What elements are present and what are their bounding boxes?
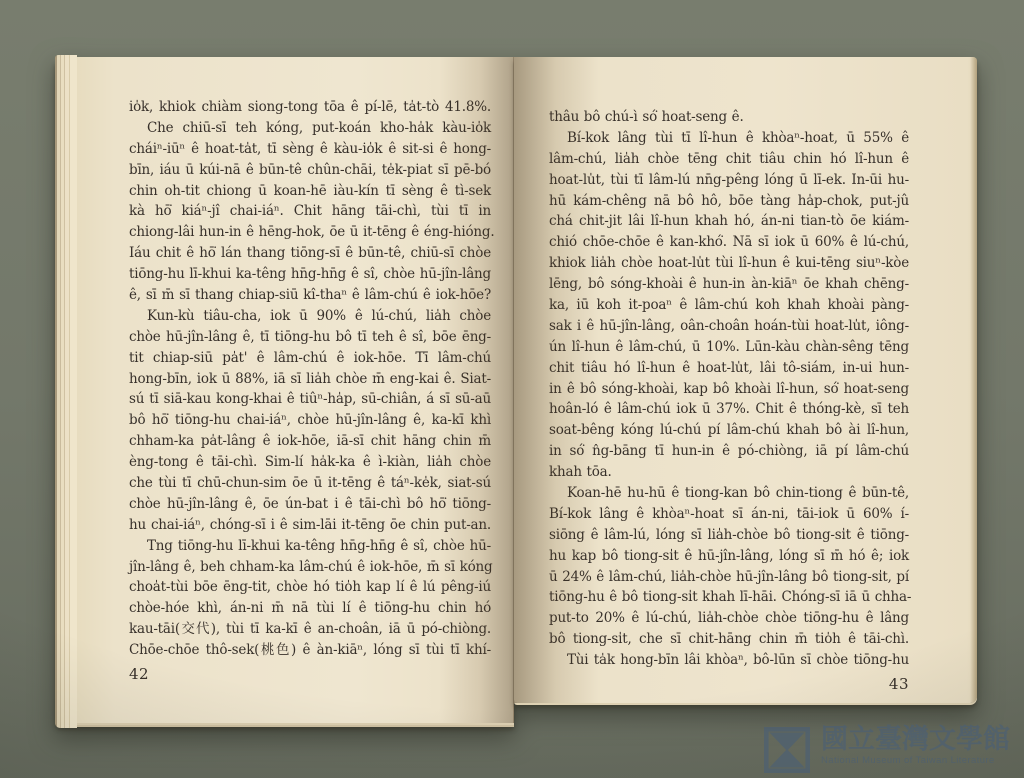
- page-right-text: thâu bô chú-ì só͘ hoat-seng ê.Bí-kok lân…: [549, 107, 909, 695]
- text-line: kà hō͘ kiáⁿ-jî chai-iáⁿ. Chit hāng tāi-c…: [129, 201, 491, 222]
- text-line: siōng ê lâm-lú, lóng sī lia̍h-chòe bô ti…: [549, 525, 909, 546]
- text-line: bīn, iáu ū kúi-nā ê būn-tê chûn-chāi, te…: [129, 160, 491, 181]
- text-line: chòe-hóe khì, án-ni m̄ nā tùi lí ê tiōng…: [129, 598, 491, 619]
- page-right: thâu bô chú-ì só͘ hoat-seng ê.Bí-kok lân…: [514, 57, 977, 703]
- text-line: chham-ka pa̍t-lâng ê iok-hōe, iā-sī chit…: [129, 431, 491, 452]
- watermark-title-en: National Museum of Taiwan Literature: [821, 755, 1010, 766]
- text-line: hu kap bô tiong-si̍t ê hū-jîn-lâng, lóng…: [549, 546, 909, 567]
- text-line: choa̍t-tùi bōe ēng-tit, chòe hó tio̍h ka…: [129, 577, 491, 598]
- photo-background: io̍k, khiok chiàm siong-tong tōa ê pí-lē…: [0, 0, 1024, 778]
- text-line: hoân-ló ê lâm-chú iok ū 37%. Chit ê thón…: [549, 399, 909, 420]
- text-line: lâm-chú, lia̍h chòe tēng chit tiâu chin …: [549, 149, 909, 170]
- page-number-left: 42: [129, 664, 491, 685]
- text-line: sak i ê hū-jîn-lâng, oân-choân hoán-tùi …: [549, 316, 909, 337]
- text-line: Chōe-chōe thô-sek(桃色) ê àn-kiāⁿ, lóng sī…: [129, 640, 491, 661]
- text-line: ê, sī m̄ sī thang chiap-siū kî-thaⁿ ê lâ…: [129, 285, 491, 306]
- text-line: chòe hū-jîn-lâng ê, tī tiōng-hu bô tī te…: [129, 327, 491, 348]
- text-line: ka, iū koh it-poaⁿ ê lâm-chú koh khah kh…: [549, 295, 909, 316]
- text-line: hū kám-chêng nā bô hô, bōe tàng ha̍p-cho…: [549, 191, 909, 212]
- text-line: Bí-kok lâng tùi tī lî-hun ê khòaⁿ-hoat, …: [549, 128, 909, 149]
- text-line: Koan-hē hu-hū ê tiong-kan bô chin-tiong …: [549, 483, 909, 504]
- text-line: cháiⁿ-iūⁿ ê hoat-ta̍t, tī sèng ê kàu-io̍…: [129, 139, 491, 160]
- text-line: Bí-kok lâng ê khòaⁿ-hoat sī án-ni, tāi-i…: [549, 504, 909, 525]
- text-line: tiōng-hu lī-khui ka-têng hn̄g-hn̄g ê sî,…: [129, 264, 491, 285]
- open-book: io̍k, khiok chiàm siong-tong tōa ê pí-lē…: [55, 57, 977, 725]
- text-line: Kun-kù tiâu-cha, iok ū 90% ê lú-chú, lia…: [129, 306, 491, 327]
- page-left: io̍k, khiok chiàm siong-tong tōa ê pí-lē…: [55, 57, 514, 723]
- text-line: kau-tāi(交代), tùi tī ka-kī ê an-choân, iā…: [129, 619, 491, 640]
- text-line: ū 24% ê lâm-chú, lia̍h-chòe hū-jîn-lâng …: [549, 567, 909, 588]
- text-line: io̍k, khiok chiàm siong-tong tōa ê pí-lē…: [129, 97, 491, 118]
- text-line: in ê bô sóng-khoài, kap bô khoài lî-hun,…: [549, 379, 909, 400]
- text-line: sú tī siā-kau kong-khai ê tiûⁿ-ha̍p, sū-…: [129, 389, 491, 410]
- text-line: lēng, bô sóng-khoài ê hun-in àn-kiāⁿ ōe …: [549, 274, 909, 295]
- text-line: ún lî-hun ê lâm-chú, ū 10%. Lūn-kàu chàn…: [549, 337, 909, 358]
- text-line: chit tiâu hó lî-hun ê hoat-lu̍t, lâi tô-…: [549, 358, 909, 379]
- text-line: soat-bêng kóng lú-chú pí lâm-chú khah bô…: [549, 420, 909, 441]
- text-line: tiōng-hu ê bô tiong-si̍t khah lī-hāi. Ch…: [549, 587, 909, 608]
- text-line: èng-tong ê tāi-chì. Sim-lí ha̍k-ka ê ì-k…: [129, 452, 491, 473]
- text-line: Tùi ta̍k hong-bīn lâi khòaⁿ, bô-lūn sī c…: [549, 650, 909, 671]
- text-line: chiong-lâi hun-in ê hēng-hok, ōe ū it-tē…: [129, 222, 491, 243]
- text-line: hoat-lu̍t, tùi tī lâm-lú nn̄g-pêng lóng …: [549, 170, 909, 191]
- page-stack-edge: [55, 55, 77, 728]
- watermark-text: 國立臺灣文學館 National Museum of Taiwan Litera…: [821, 725, 1010, 766]
- watermark-title-zh: 國立臺灣文學館: [821, 725, 1010, 754]
- text-line: put-to 20% ê lú-chú, lia̍h-chòe chòe tiō…: [549, 608, 909, 629]
- text-line: khiok lia̍h chòe hoat-lu̍t tùi lî-hun ê …: [549, 253, 909, 274]
- text-line: hong-bīn, iok ū 88%, iā sī lia̍h chòe m̄…: [129, 369, 491, 390]
- text-line: Iáu chit ê hō͘ lán thang tiōng-sī ê būn-…: [129, 243, 491, 264]
- text-line: Che chiū-sī teh kóng, put-koán kho-ha̍k …: [129, 118, 491, 139]
- page-left-lines: io̍k, khiok chiàm siong-tong tōa ê pí-lē…: [129, 97, 491, 661]
- text-line: bô hō͘ tiōng-hu chai-iáⁿ, chòe hū-jîn-lâ…: [129, 410, 491, 431]
- text-line: tit chiap-siū pa̍t' ê lâm-chú ê iok-hōe.…: [129, 348, 491, 369]
- text-line: khah tōa.: [549, 462, 909, 483]
- text-line: che tùi tī chū-chun-sim ōe ū it-tēng ê t…: [129, 473, 491, 494]
- text-line: in só͘ n̂g-bāng tī hun-in ê pó-chiòng, i…: [549, 441, 909, 462]
- text-line: Tng tiōng-hu lī-khui ka-têng hn̄g-hn̄g ê…: [129, 536, 491, 557]
- page-left-text: io̍k, khiok chiàm siong-tong tōa ê pí-lē…: [129, 97, 491, 685]
- text-line: chá chit-jit lâi lî-hun khah hó, án-ni t…: [549, 211, 909, 232]
- nmtl-watermark: 國立臺灣文學館 National Museum of Taiwan Litera…: [764, 725, 1010, 773]
- text-line: jîn-lâng ê, beh chham-ka lâm-chú ê iok-h…: [129, 557, 491, 578]
- text-line: chòe hū-jîn-lâng ê, ōe ún-bat i ê tāi-ch…: [129, 494, 491, 515]
- text-line: bô tiong-si̍t, che sī chit-hāng chin m̄ …: [549, 629, 909, 650]
- text-line: thâu bô chú-ì só͘ hoat-seng ê.: [549, 107, 909, 128]
- text-line: hu chai-iáⁿ, chóng-sī i ê sim-lāi it-tēn…: [129, 515, 491, 536]
- text-line: chin oh-tit chiong ū koan-hē iàu-kín tī …: [129, 181, 491, 202]
- text-line: chió chōe-chōe ê kan-khó͘. Nā sī iok ū 6…: [549, 232, 909, 253]
- page-number-right: 43: [549, 674, 909, 695]
- nmtl-logo-icon: [764, 727, 810, 773]
- page-right-lines: thâu bô chú-ì só͘ hoat-seng ê.Bí-kok lân…: [549, 107, 909, 671]
